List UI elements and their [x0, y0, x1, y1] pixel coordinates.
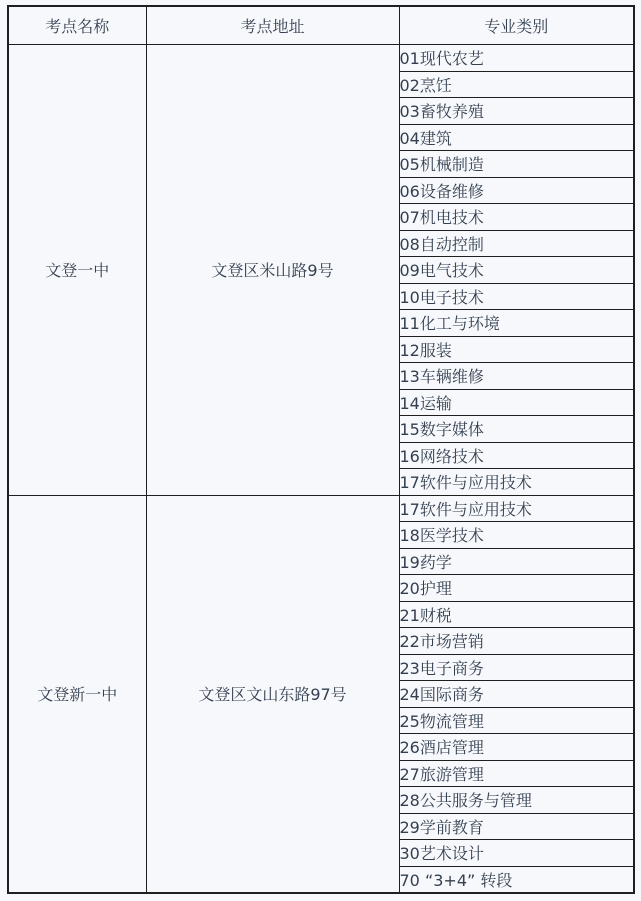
category-cell: 08自动控制 — [399, 230, 634, 257]
category-cell: 14运输 — [399, 389, 634, 416]
category-cell: 05机械制造 — [399, 151, 634, 178]
category-cell: 10电子技术 — [399, 283, 634, 310]
header-site-name: 考点名称 — [8, 6, 146, 45]
table-row: 文登新一中文登区文山东路97号17软件与应用技术 — [8, 495, 634, 522]
category-cell: 07机电技术 — [399, 204, 634, 231]
category-cell: 12服装 — [399, 336, 634, 363]
category-cell: 11化工与环境 — [399, 310, 634, 337]
category-cell: 09电气技术 — [399, 257, 634, 284]
exam-sites-table-container: 考点名称 考点地址 专业类别 文登一中文登区米山路9号01现代农艺02烹饪03畜… — [7, 5, 635, 894]
exam-sites-table: 考点名称 考点地址 专业类别 文登一中文登区米山路9号01现代农艺02烹饪03畜… — [7, 5, 635, 894]
category-cell: 21财税 — [399, 601, 634, 628]
category-cell: 23电子商务 — [399, 654, 634, 681]
table-header: 考点名称 考点地址 专业类别 — [8, 6, 634, 45]
category-cell: 15数字媒体 — [399, 416, 634, 443]
category-cell: 17软件与应用技术 — [399, 469, 634, 496]
category-cell: 26酒店管理 — [399, 734, 634, 761]
table-body: 文登一中文登区米山路9号01现代农艺02烹饪03畜牧养殖04建筑05机械制造06… — [8, 45, 634, 894]
header-site-address: 考点地址 — [146, 6, 399, 45]
category-cell: 03畜牧养殖 — [399, 98, 634, 125]
site-address-cell: 文登区文山东路97号 — [146, 495, 399, 893]
header-category: 专业类别 — [399, 6, 634, 45]
category-cell: 20护理 — [399, 575, 634, 602]
category-cell: 19药学 — [399, 548, 634, 575]
category-cell: 01现代农艺 — [399, 45, 634, 72]
category-cell: 18医学技术 — [399, 522, 634, 549]
category-cell: 30艺术设计 — [399, 840, 634, 867]
category-cell: 04建筑 — [399, 124, 634, 151]
category-cell: 17软件与应用技术 — [399, 495, 634, 522]
category-cell: 16网络技术 — [399, 442, 634, 469]
category-cell: 06设备维修 — [399, 177, 634, 204]
category-cell: 24国际商务 — [399, 681, 634, 708]
category-cell: 13车辆维修 — [399, 363, 634, 390]
category-cell: 29学前教育 — [399, 813, 634, 840]
header-row: 考点名称 考点地址 专业类别 — [8, 6, 634, 45]
category-cell: 25物流管理 — [399, 707, 634, 734]
site-address-cell: 文登区米山路9号 — [146, 45, 399, 496]
category-cell: 02烹饪 — [399, 71, 634, 98]
category-cell: 27旅游管理 — [399, 760, 634, 787]
site-name-cell: 文登新一中 — [8, 495, 146, 893]
category-cell: 28公共服务与管理 — [399, 787, 634, 814]
table-row: 文登一中文登区米山路9号01现代农艺 — [8, 45, 634, 72]
site-name-cell: 文登一中 — [8, 45, 146, 496]
category-cell: 22市场营销 — [399, 628, 634, 655]
category-cell: 70 “3+4” 转段 — [399, 866, 634, 893]
